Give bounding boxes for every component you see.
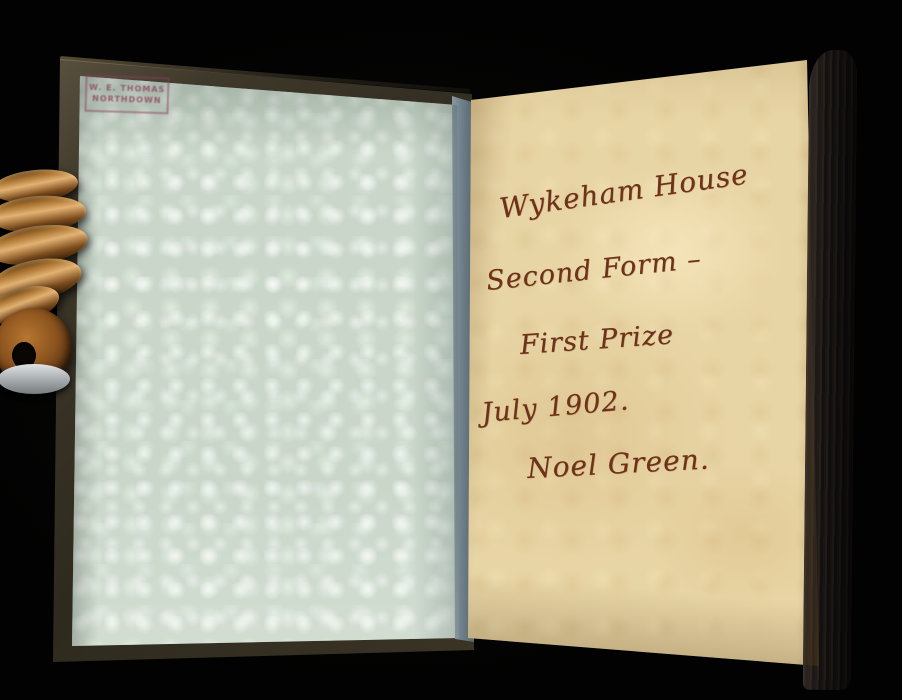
brass-ornament (0, 166, 96, 400)
book-photo: W. E. THOMAS NORTHDOWN Wykeham House Sec… (0, 0, 902, 700)
stamp-line-2: NORTHDOWN (92, 93, 162, 106)
right-page-shading (466, 54, 822, 670)
silver-base-rim (0, 364, 70, 394)
bookseller-stamp: W. E. THOMAS NORTHDOWN (84, 75, 169, 115)
left-endpaper-shading (72, 72, 460, 648)
